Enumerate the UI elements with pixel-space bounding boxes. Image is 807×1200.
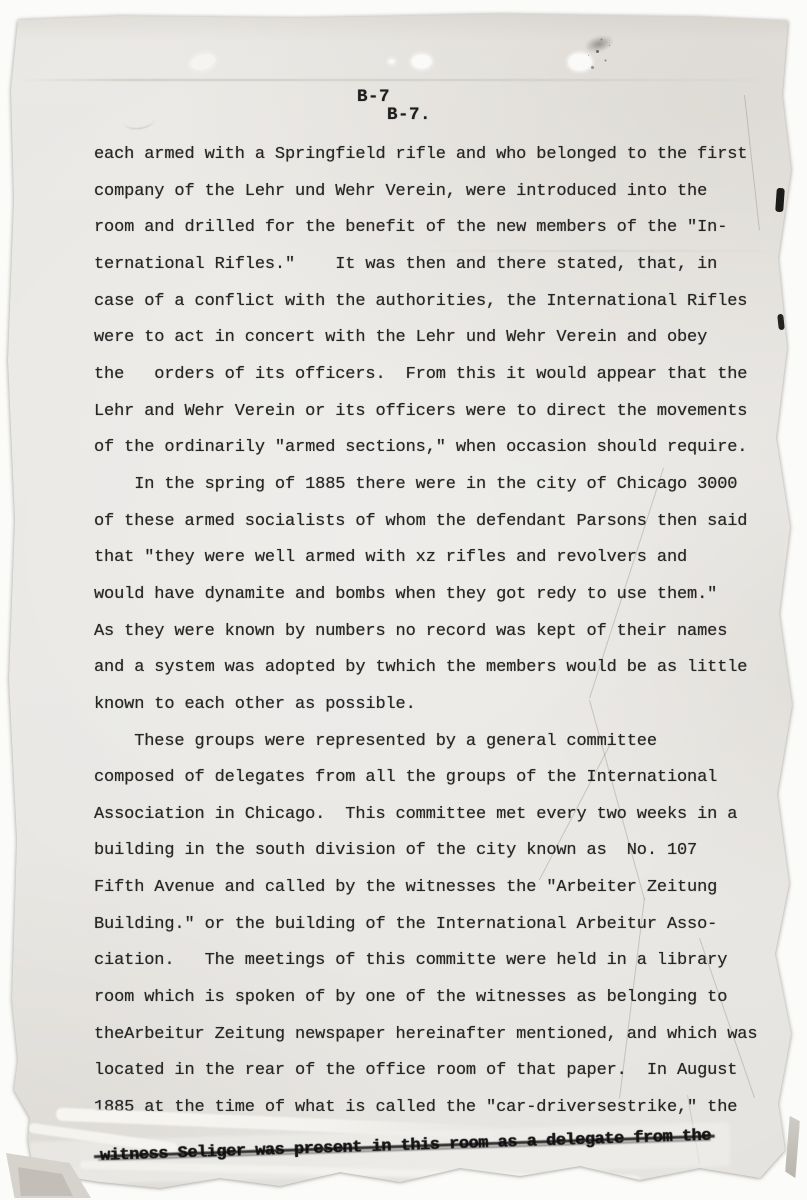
paper-sheet: B-7 B-7. each armed with a Springfield r… bbox=[0, 0, 807, 1200]
typed-line: would have dynamite and bombs when they … bbox=[94, 577, 757, 614]
punch-hole-icon bbox=[410, 53, 433, 70]
typed-line: that "they were well armed with xz rifle… bbox=[94, 540, 757, 577]
typed-line: As they were known by numbers no record … bbox=[94, 614, 757, 651]
typed-line: the orders of its officers. From this it… bbox=[94, 357, 757, 394]
typed-text-block: each armed with a Springfield rifle and … bbox=[94, 137, 757, 1127]
typed-line: building in the south division of the ci… bbox=[94, 833, 757, 870]
punch-hole-icon bbox=[567, 52, 593, 72]
punch-hole-icon bbox=[187, 50, 219, 75]
paper-sheet-wrap: B-7 B-7. each armed with a Springfield r… bbox=[0, 0, 807, 1200]
typed-line: Lehr and Wehr Verein or its officers wer… bbox=[94, 394, 757, 431]
edge-ink-mark bbox=[777, 314, 785, 331]
typed-line: Association in Chicago. This committee m… bbox=[94, 797, 757, 834]
typed-line: known to each other as possible. bbox=[94, 687, 757, 724]
typed-line: company of the Lehr und Wehr Verein, wer… bbox=[94, 174, 757, 211]
typed-line: case of a conflict with the authorities,… bbox=[94, 284, 757, 321]
typed-line: composed of delegates from all the group… bbox=[94, 760, 757, 797]
edge-ink-mark bbox=[775, 188, 785, 212]
scanned-page: B-7 B-7. each armed with a Springfield r… bbox=[0, 0, 807, 1200]
page-label: B-7 bbox=[357, 87, 390, 107]
typed-line: of these armed socialists of whom the de… bbox=[94, 504, 757, 541]
typed-line: ciation. The meetings of this committe w… bbox=[94, 943, 757, 980]
typed-line: were to act in concert with the Lehr und… bbox=[94, 320, 757, 357]
typed-line: In the spring of 1885 there were in the … bbox=[94, 467, 757, 504]
typed-line: located in the rear of the office room o… bbox=[94, 1053, 757, 1090]
typed-line: each armed with a Springfield rifle and … bbox=[94, 137, 757, 174]
typed-line: Building." or the building of the Intern… bbox=[94, 907, 757, 944]
pencil-mark bbox=[123, 112, 155, 131]
punch-hole-icon bbox=[387, 58, 396, 65]
typed-line: ternational Rifles." It was then and the… bbox=[94, 247, 757, 284]
typed-line: and a system was adopted by twhich the m… bbox=[94, 650, 757, 687]
ink-smudge bbox=[582, 32, 615, 55]
scan-streak bbox=[20, 79, 780, 81]
page-label: B-7. bbox=[387, 105, 431, 125]
typed-line: Fifth Avenue and called by the witnesses… bbox=[94, 870, 757, 907]
typed-line: of the ordinarily "armed sections," when… bbox=[94, 430, 757, 467]
typed-line: room and drilled for the benefit of the … bbox=[94, 210, 757, 247]
typed-line: room which is spoken of by one of the wi… bbox=[94, 980, 757, 1017]
ink-specks bbox=[596, 50, 599, 53]
typed-line: These groups were represented by a gener… bbox=[94, 724, 757, 761]
typed-line: theArbeitur Zeitung newspaper hereinafte… bbox=[94, 1017, 757, 1054]
